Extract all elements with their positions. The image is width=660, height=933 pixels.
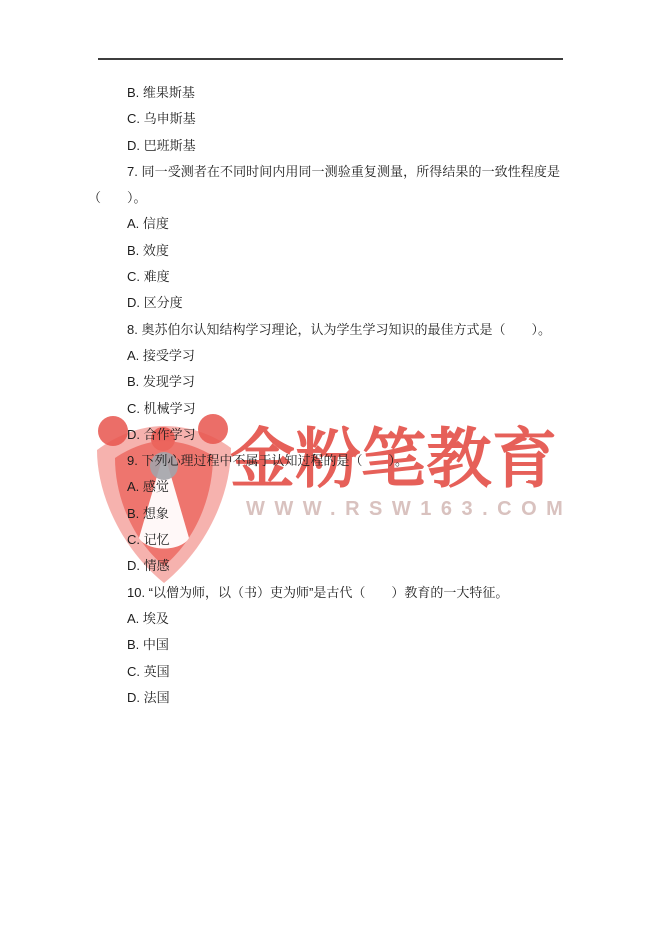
- question-7-option-a: A. 信度: [88, 211, 560, 237]
- question-9-option-b: B. 想象: [88, 501, 560, 527]
- carryover-option-d: D. 巴班斯基: [88, 133, 560, 159]
- question-7-option-c: C. 难度: [88, 264, 560, 290]
- question-10-stem: 10. “以僧为师，以（书）吏为师”是古代（ ）教育的一大特征。: [88, 580, 560, 606]
- question-8-option-a: A. 接受学习: [88, 343, 560, 369]
- question-9-stem: 9. 下列心理过程中不属于认知过程的是（ ）。: [88, 448, 560, 474]
- question-7-option-d: D. 区分度: [88, 290, 560, 316]
- question-9-option-a: A. 感觉: [88, 474, 560, 500]
- question-10-option-b: B. 中国: [88, 632, 560, 658]
- question-7-stem: 7. 同一受测者在不同时间内用同一测验重复测量，所得结果的一致性程度是（ ）。: [88, 159, 560, 212]
- question-10-option-c: C. 英国: [88, 659, 560, 685]
- question-9-option-c: C. 记忆: [88, 527, 560, 553]
- question-7-option-b: B. 效度: [88, 238, 560, 264]
- question-9-option-d: D. 情感: [88, 553, 560, 579]
- carryover-option-c: C. 乌申斯基: [88, 106, 560, 132]
- question-8-option-b: B. 发现学习: [88, 369, 560, 395]
- carryover-option-b: B. 维果斯基: [88, 80, 560, 106]
- question-10-option-a: A. 埃及: [88, 606, 560, 632]
- exam-document-page: 金粉笔教育 WWW.RSW163.COM B. 维果斯基 C. 乌申斯基 D. …: [0, 0, 660, 933]
- question-8-option-c: C. 机械学习: [88, 396, 560, 422]
- question-8-option-d: D. 合作学习: [88, 422, 560, 448]
- question-8-stem: 8. 奥苏伯尔认知结构学习理论，认为学生学习知识的最佳方式是（ ）。: [88, 317, 560, 343]
- question-10-option-d: D. 法国: [88, 685, 560, 711]
- exam-content: B. 维果斯基 C. 乌申斯基 D. 巴班斯基 7. 同一受测者在不同时间内用同…: [88, 80, 560, 711]
